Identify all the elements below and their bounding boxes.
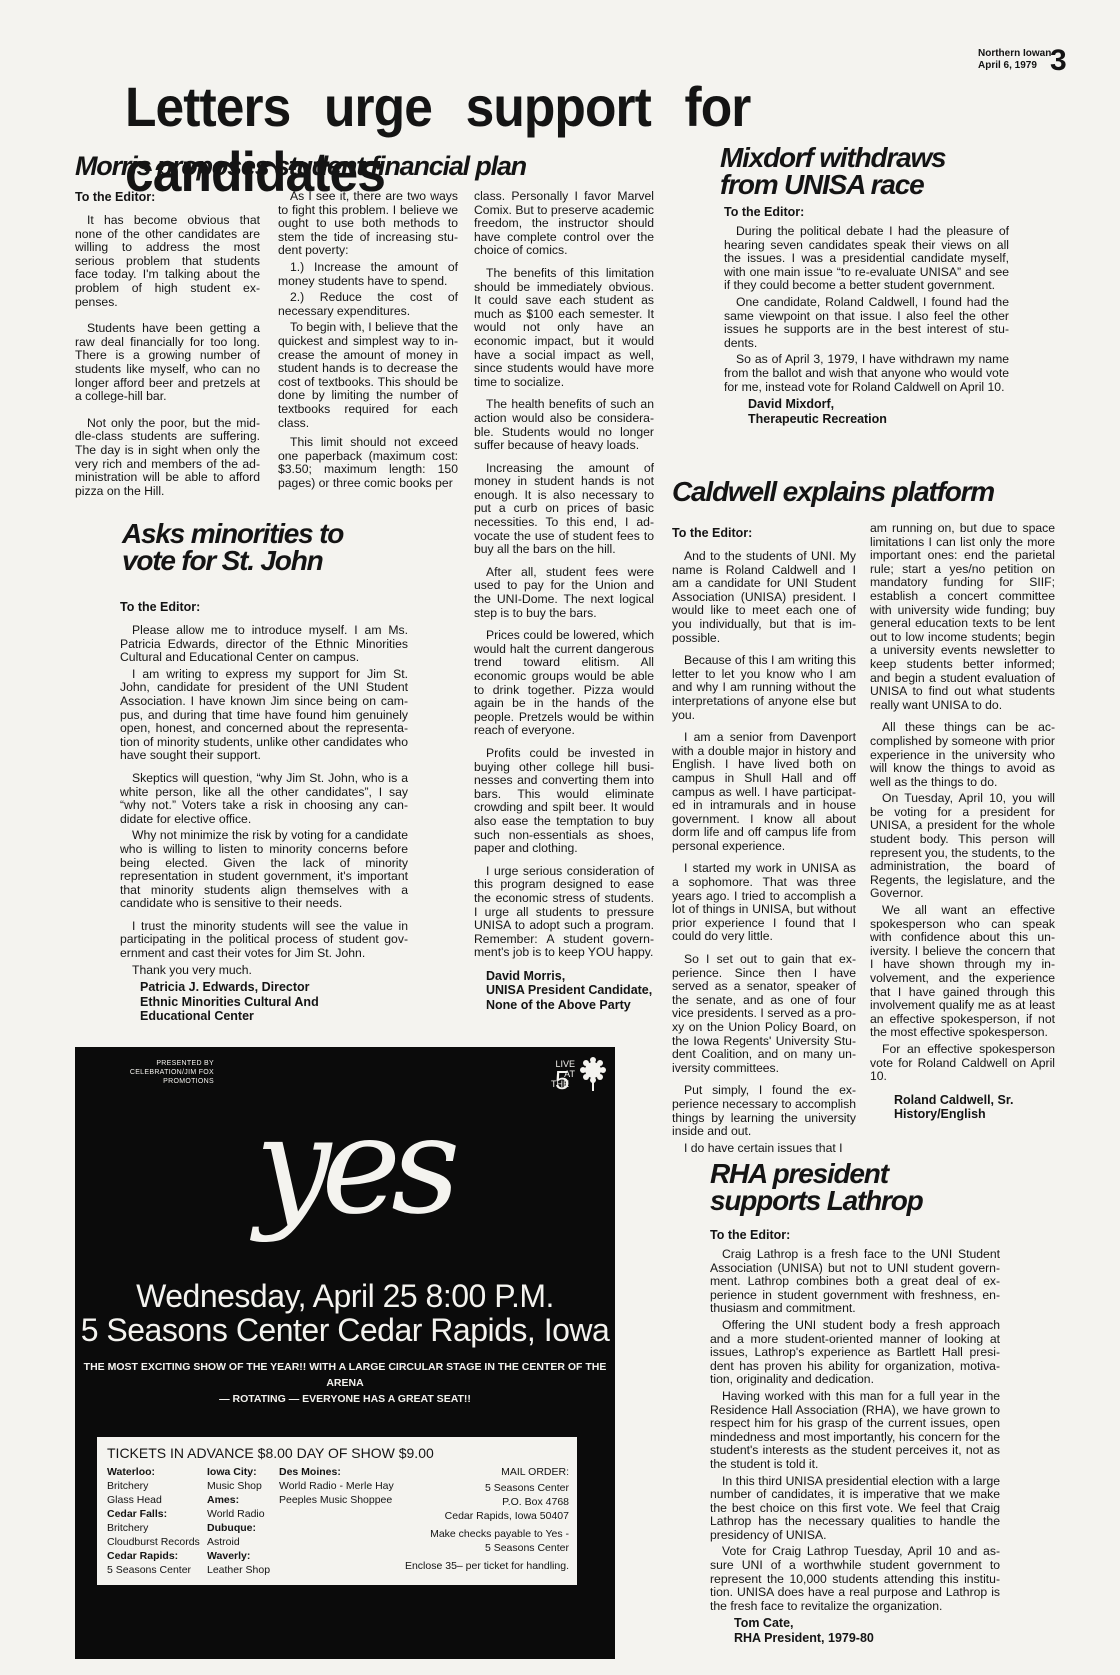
outlet-store: Music Shop (207, 1479, 270, 1493)
salutation: To the Editor: (672, 526, 856, 540)
paragraph: To begin with, I believe that the quicke… (278, 321, 458, 430)
outlet-store: Cloudburst Records (107, 1535, 200, 1549)
caldwell-column-1: To the Editor: And to the students of UN… (672, 522, 856, 1158)
outlet-store: Britchery (107, 1479, 200, 1493)
signature-affiliation: History/English (894, 1107, 1055, 1122)
outlet-column-3: Des Moines: World Radio - Merle Hay Peep… (279, 1465, 394, 1507)
salutation: To the Editor: (75, 190, 260, 204)
outlet-store: Britchery (107, 1521, 200, 1535)
mixdorf-body: To the Editor: During the political deba… (724, 205, 1009, 426)
publication-name: Northern Iowan (978, 48, 1051, 60)
salutation: To the Editor: (120, 600, 408, 614)
ticket-info-box: TICKETS IN ADVANCE $8.00 DAY OF SHOW $9.… (97, 1437, 577, 1585)
outlet-city: Waverly: (207, 1550, 250, 1562)
paragraph: After all, student fees were used to pay… (474, 566, 654, 620)
paragraph: I am writing to express my support for J… (120, 668, 408, 763)
presenter-credit: PRESENTED BY CELEBRATION/JIM FOX PROMOTI… (89, 1059, 214, 1086)
outlet-city: Iowa City: (207, 1466, 257, 1478)
outlet-column-1: Waterloo: Britchery Glass Head Cedar Fal… (107, 1465, 200, 1577)
headline-line: from UNISA race (720, 171, 945, 198)
paragraph: This limit should not exceed one paperba… (278, 436, 458, 490)
paragraph: Skeptics will question, “why Jim St. Joh… (120, 772, 408, 826)
handling-fee-note: Enclose 35– per ticket for handling. (405, 1559, 569, 1573)
paragraph: Because of this I am writing this letter… (672, 654, 856, 722)
outlet-store: World Radio - Merle Hay (279, 1479, 394, 1493)
cate-signature: Tom Cate, RHA President, 1979-80 (710, 1616, 1000, 1645)
signature-affiliation: None of the Above Party (486, 998, 654, 1013)
five-seasons-flower-icon (580, 1057, 606, 1091)
paragraph: During the political debate I had the pl… (724, 225, 1009, 293)
paragraph: Profits could be invested in buying othe… (474, 747, 654, 856)
outlet-city: Ames: (207, 1494, 239, 1506)
paragraph: We all want an effective spokesperson wh… (870, 904, 1055, 1040)
paragraph: I do have certain issues that I (672, 1142, 856, 1156)
paragraph: I started my work in UNISA as a sophomor… (672, 862, 856, 944)
paragraph: 1.) Increase the amount of money student… (278, 261, 458, 288)
signature-affiliation: Therapeutic Recreation (748, 412, 1009, 427)
mixdorf-headline: Mixdorf withdraws from UNISA race (720, 144, 945, 199)
mail-address-line: P.O. Box 4768 (405, 1495, 569, 1509)
five-seasons-numeral: 5 (555, 1065, 569, 1096)
signature-name: David Morris, (486, 969, 654, 984)
paragraph: For an effective spokesperson vote for R… (870, 1043, 1055, 1084)
date-line: Wednesday, April 25 8:00 P.M. (75, 1279, 615, 1313)
signature-title: Ethnic Minorities Cultural And (140, 995, 408, 1010)
paragraph: All these things can be ac­complished by… (870, 721, 1055, 789)
paragraph: So as of April 3, 1979, I have withdrawn… (724, 353, 1009, 394)
signature-affiliation: Educational Center (140, 1009, 408, 1024)
venue-line: 5 Seasons Center Cedar Rapids, Iowa (75, 1313, 615, 1347)
morris-column-2: As I see it, there are two ways to fight… (278, 190, 458, 493)
paragraph: Put simply, I found the ex­perience nece… (672, 1084, 856, 1138)
signature-title: UNISA President Candidate, (486, 983, 654, 998)
paragraph: Students have been getting a raw deal fi… (75, 322, 260, 404)
paragraph: class. Personally I favor Marvel Comix. … (474, 190, 654, 258)
cate-headline: RHA president supports Lathrop (710, 1160, 923, 1215)
headline-line: Asks minorities to (122, 520, 343, 547)
caldwell-column-2: am running on, but due to space limitati… (870, 522, 1055, 1122)
check-payable-line: 5 Seasons Center (405, 1541, 569, 1555)
salutation: To the Editor: (710, 1228, 1000, 1242)
headline-line: supports Lathrop (710, 1187, 923, 1214)
paragraph: I am a senior from Davenport with a doub… (672, 731, 856, 853)
outlet-store: Astroid (207, 1535, 270, 1549)
paragraph: On Tuesday, April 10, you will be voting… (870, 792, 1055, 901)
paragraph: Prices could be lowered, which would hal… (474, 629, 654, 738)
morris-signature: David Morris, UNISA President Candidate,… (474, 969, 654, 1013)
signature-name: Patricia J. Edwards, Director (140, 980, 408, 995)
paragraph: am running on, but due to space limitati… (870, 522, 1055, 712)
ticket-prices: TICKETS IN ADVANCE $8.00 DAY OF SHOW $9.… (107, 1445, 434, 1461)
mail-address-line: 5 Seasons Center (405, 1481, 569, 1495)
paragraph: I urge serious consideration of this pro… (474, 865, 654, 960)
edwards-headline: Asks minorities to vote for St. John (122, 520, 343, 575)
publication-date: April 6, 1979 (978, 60, 1051, 72)
presented-by-label: PRESENTED BY (89, 1059, 214, 1068)
paragraph: Why not minimize the risk by voting for … (120, 829, 408, 911)
paragraph: Please allow me to introduce myself. I a… (120, 624, 408, 665)
paragraph: Not only the poor, but the mid­dle-class… (75, 417, 260, 499)
mail-order-info: MAIL ORDER: 5 Seasons Center P.O. Box 47… (405, 1465, 569, 1573)
signature-name: David Mixdorf, (748, 397, 1009, 412)
promoter-name: CELEBRATION/JIM FOX PROMOTIONS (89, 1068, 214, 1086)
outlet-city: Waterloo: (107, 1466, 155, 1478)
headline-line: RHA president (710, 1160, 923, 1187)
tagline-line: — ROTATING — EVERYONE HAS A GREAT SEAT!! (75, 1391, 615, 1407)
page-number: 3 (1050, 44, 1067, 78)
band-logo-yes: yes (255, 1087, 450, 1244)
caldwell-headline: Caldwell explains platform (672, 478, 994, 505)
outlet-store: Peeples Music Shoppee (279, 1493, 394, 1507)
outlet-city: Dubuque: (207, 1522, 256, 1534)
outlet-city: Cedar Rapids: (107, 1550, 178, 1562)
morris-column-3: class. Personally I favor Marvel Comix. … (474, 190, 654, 1012)
paragraph: Thank you very much. (120, 964, 408, 978)
edwards-signature: Patricia J. Edwards, Director Ethnic Min… (120, 980, 408, 1024)
outlet-store: 5 Seasons Center (107, 1563, 200, 1577)
paragraph: Offering the UNI student body a fresh ap… (710, 1319, 1000, 1387)
signature-name: Roland Caldwell, Sr. (894, 1093, 1055, 1108)
paragraph: The benefits of this limitation should b… (474, 267, 654, 389)
paragraph: Increasing the amount of money in studen… (474, 462, 654, 557)
morris-column-1: To the Editor: It has become obvious tha… (75, 190, 260, 507)
paragraph: Vote for Craig Lathrop Tuesday, April 10… (710, 1545, 1000, 1613)
mixdorf-signature: David Mixdorf, Therapeutic Recreation (724, 397, 1009, 426)
outlet-store: Glass Head (107, 1493, 200, 1507)
paragraph: Having worked with this man for a full y… (710, 1390, 1000, 1472)
paragraph: 2.) Reduce the cost of necessary expendi… (278, 291, 458, 318)
outlet-city: Des Moines: (279, 1466, 341, 1478)
concert-advertisement: PRESENTED BY CELEBRATION/JIM FOX PROMOTI… (75, 1047, 615, 1659)
paragraph: I trust the minority students will see t… (120, 920, 408, 961)
headline-line: Mixdorf withdraws (720, 144, 945, 171)
mail-address-line: Cedar Rapids, Iowa 50407 (405, 1509, 569, 1523)
morris-headline: Morris proposes student financial plan (75, 153, 526, 179)
paragraph: One candidate, Roland Caldwell, I found … (724, 296, 1009, 350)
cate-body: To the Editor: Craig Lathrop is a fresh … (710, 1228, 1000, 1645)
masthead: Northern Iowan April 6, 1979 (978, 48, 1051, 72)
mail-order-title: MAIL ORDER: (405, 1465, 569, 1479)
headline-line: vote for St. John (122, 547, 343, 574)
event-datetime: Wednesday, April 25 8:00 P.M. 5 Seasons … (75, 1279, 615, 1347)
tagline-line: THE MOST EXCITING SHOW OF THE YEAR!! WIT… (75, 1359, 615, 1391)
edwards-body: To the Editor: Please allow me to introd… (120, 596, 408, 1024)
signature-name: Tom Cate, (734, 1616, 1000, 1631)
signature-title: RHA President, 1979-80 (734, 1631, 1000, 1646)
outlet-store: Leather Shop (207, 1563, 270, 1577)
caldwell-signature: Roland Caldwell, Sr. History/English (870, 1093, 1055, 1122)
paragraph: So I set out to gain that ex­perience. S… (672, 953, 856, 1075)
salutation: To the Editor: (724, 205, 1009, 219)
paragraph: It has become obvious that none of the o… (75, 214, 260, 309)
ad-tagline: THE MOST EXCITING SHOW OF THE YEAR!! WIT… (75, 1359, 615, 1407)
paragraph: The health benefits of such an action wo… (474, 398, 654, 452)
outlet-column-2: Iowa City: Music Shop Ames: World Radio … (207, 1465, 270, 1577)
outlet-city: Cedar Falls: (107, 1508, 167, 1520)
paragraph: Craig Lathrop is a fresh face to the UNI… (710, 1248, 1000, 1316)
paragraph: As I see it, there are two ways to fight… (278, 190, 458, 258)
outlet-store: World Radio (207, 1507, 270, 1521)
paragraph: In this third UNISA presidential electio… (710, 1475, 1000, 1543)
check-payable-line: Make checks payable to Yes - (405, 1527, 569, 1541)
paragraph: And to the students of UNI. My name is R… (672, 550, 856, 645)
